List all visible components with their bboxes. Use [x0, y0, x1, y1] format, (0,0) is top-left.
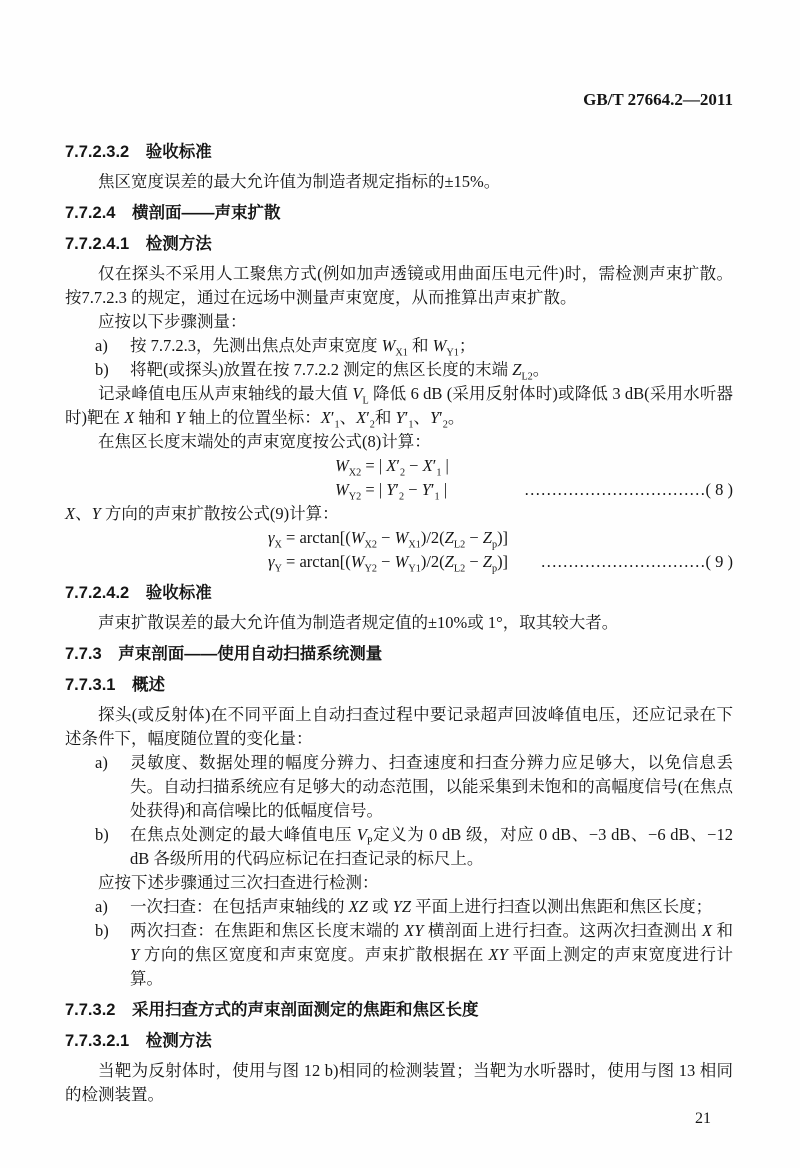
paragraph-target-apparatus: 当靶为反射体时，使用与图 12 b)相同的检测装置；当靶为水听器时，使用与图 1…	[65, 1059, 733, 1107]
heading-7-7-3-auto-scan: 7.7.3 声束剖面——使用自动扫描系统测量	[65, 642, 733, 666]
list-item-label: a)	[95, 895, 108, 919]
formula-9-line-1: γX = arctan[(WX2 − WX1)/2(ZL2 − Zp)]	[65, 526, 733, 550]
heading-7-7-2-4-1-test-method: 7.7.2.4.1 检测方法	[65, 232, 733, 256]
standard-number: GB/T 27664.2—2011	[65, 88, 733, 112]
list-item-text: 按 7.7.2.3，先测出焦点处声束宽度 WX1 和 WY1；	[130, 336, 475, 355]
paragraph-three-scans-lead-in: 应按下述步骤通过三次扫查进行检测：	[65, 871, 733, 895]
list-item-text: 一次扫查：在包括声束轴线的 XZ 或 YZ 平面上进行扫查以测出焦距和焦区长度；	[130, 897, 712, 916]
list-item-label: a)	[95, 751, 108, 775]
heading-7-7-3-1-overview: 7.7.3.1 概述	[65, 673, 733, 697]
formula-9-math-gamma-x: γX = arctan[(WX2 − WX1)/2(ZL2 − Zp)]	[268, 526, 508, 550]
paragraph-beam-spread-tolerance: 声束扩散误差的最大允许值为制造者规定值的±10%或 1°，取其较大者。	[65, 611, 733, 635]
formula-9-line-2: γY = arctan[(WY2 − WY1)/2(ZL2 − Zp)] …………	[65, 550, 733, 574]
list-item-text: 将靶(或探头)放置在按 7.7.2.2 测定的焦区长度的末端 ZL2。	[130, 360, 549, 379]
heading-7-7-3-2-focal-length-by-scan: 7.7.3.2 采用扫查方式的声束剖面测定的焦距和焦区长度	[65, 998, 733, 1022]
list-item: b) 将靶(或探头)放置在按 7.7.2.2 测定的焦区长度的末端 ZL2。	[65, 358, 733, 382]
list-item-label: b)	[95, 358, 109, 382]
heading-7-7-2-4-beam-spread: 7.7.2.4 横剖面——声束扩散	[65, 201, 733, 225]
paragraph-formula-9-lead-in: X、Y 方向的声束扩散按公式(9)计算：	[65, 502, 733, 526]
document-page: GB/T 27664.2—2011 7.7.2.3.2 验收标准 焦区宽度误差的…	[0, 0, 800, 1168]
paragraph-focal-width-tolerance: 焦区宽度误差的最大允许值为制造者规定指标的±15%。	[65, 170, 733, 194]
formula-9: γX = arctan[(WX2 − WX1)/2(ZL2 − Zp)] γY …	[65, 526, 733, 574]
paragraph-beam-spread-intro: 仅在探头不采用人工聚焦方式(例如加声透镜或用曲面压电元件)时，需检测声束扩散。按…	[65, 262, 733, 310]
formula-9-number: …………………………( 9 )	[541, 550, 734, 574]
paragraph-auto-scan-intro: 探头(或反射体)在不同平面上自动扫查过程中要记录超声回波峰值电压，还应记录在下述…	[65, 703, 733, 751]
list-item-label: a)	[95, 334, 108, 358]
formula-8-number: ……………………………( 8 )	[524, 478, 733, 502]
list-item-text: 两次扫查：在焦距和焦区长度末端的 XY 横剖面上进行扫查。这两次扫查测出 X 和…	[130, 921, 733, 988]
list-item-text: 灵敏度、数据处理的幅度分辨力、扫查速度和扫查分辨力应足够大，以免信息丢失。自动扫…	[130, 753, 733, 820]
paragraph-formula-8-lead-in: 在焦区长度末端处的声束宽度按公式(8)计算：	[65, 430, 733, 454]
heading-7-7-2-3-2-acceptance-criteria: 7.7.2.3.2 验收标准	[65, 140, 733, 164]
list-item: a) 灵敏度、数据处理的幅度分辨力、扫查速度和扫查分辨力应足够大，以免信息丢失。…	[65, 751, 733, 823]
heading-7-7-3-2-1-test-method: 7.7.3.2.1 检测方法	[65, 1029, 733, 1053]
paragraph-measure-steps-lead-in: 应按以下步骤测量：	[65, 310, 733, 334]
formula-9-math-gamma-y: γY = arctan[(WY2 − WY1)/2(ZL2 − Zp)]	[268, 550, 508, 574]
list-item: b) 在焦点处测定的最大峰值电压 VP定义为 0 dB 级，对应 0 dB、−3…	[65, 823, 733, 871]
list-item-text: 在焦点处测定的最大峰值电压 VP定义为 0 dB 级，对应 0 dB、−3 dB…	[130, 825, 733, 868]
page-number: 21	[65, 1107, 733, 1131]
list-item-label: b)	[95, 919, 109, 943]
list-item: a) 一次扫查：在包括声束轴线的 XZ 或 YZ 平面上进行扫查以测出焦距和焦区…	[65, 895, 733, 919]
formula-8-math-wy2: WY2 = | Y′2 − Y′1 |	[335, 478, 447, 502]
formula-8-line-2: WY2 = | Y′2 − Y′1 | ……………………………( 8 )	[65, 478, 733, 502]
list-item: b) 两次扫查：在焦距和焦区长度末端的 XY 横剖面上进行扫查。这两次扫查测出 …	[65, 919, 733, 991]
formula-8-math-wx2: WX2 = | X′2 − X′1 |	[335, 454, 449, 478]
heading-7-7-2-4-2-acceptance-criteria: 7.7.2.4.2 验收标准	[65, 581, 733, 605]
list-item-label: b)	[95, 823, 109, 847]
formula-8: WX2 = | X′2 − X′1 | WY2 = | Y′2 − Y′1 | …	[65, 454, 733, 502]
formula-8-line-1: WX2 = | X′2 − X′1 |	[65, 454, 733, 478]
paragraph-record-peak-voltage: 记录峰值电压从声束轴线的最大值 VL 降低 6 dB (采用反射体时)或降低 3…	[65, 382, 733, 430]
list-item: a) 按 7.7.2.3，先测出焦点处声束宽度 WX1 和 WY1；	[65, 334, 733, 358]
